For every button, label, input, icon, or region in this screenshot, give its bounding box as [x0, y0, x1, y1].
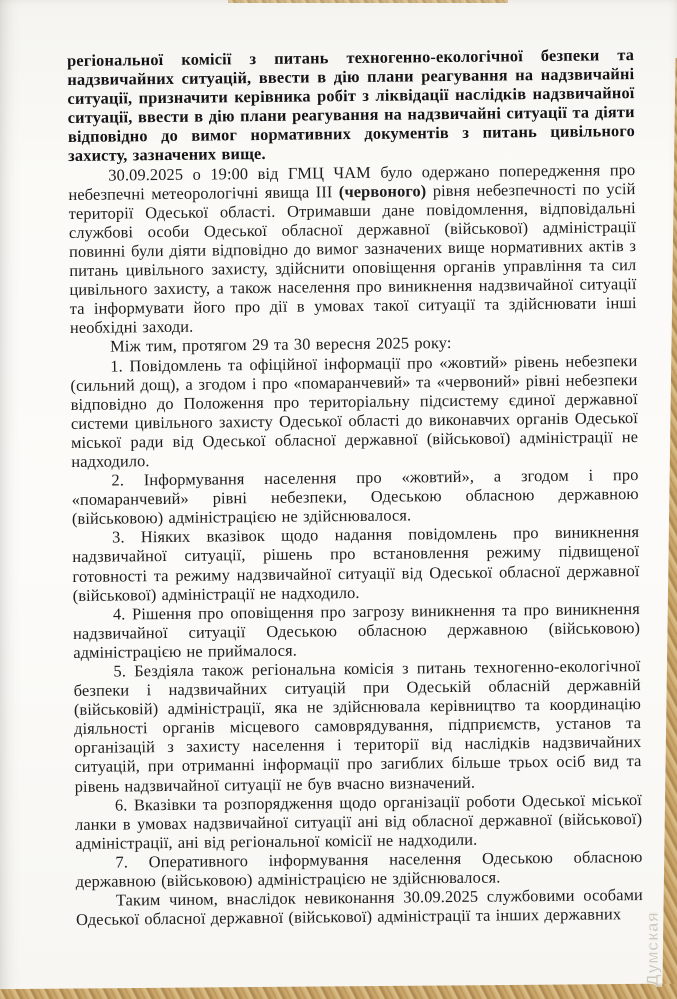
- list-item-6: 6. Вказівки та розпорядження щодо органі…: [75, 790, 643, 853]
- warning-red-level-bold: (червоного): [339, 181, 427, 201]
- paragraph-weather-warning: 30.09.2025 о 19:00 від ГМЦ ЧАМ було одер…: [68, 160, 637, 338]
- list-item-7: 7. Оперативного інформування населення О…: [75, 847, 642, 891]
- list-item-5: 5. Бездіяла також регіональна комісія з …: [73, 656, 641, 796]
- document-page: регіональної комісії з питань техногенно…: [0, 0, 677, 999]
- warning-text-post: рівня небезпечності по усій території Од…: [69, 179, 637, 338]
- table-surface-top-sliver: [228, 0, 508, 3]
- list-item-3: 3. Ніяких вказівок щодо надання повідомл…: [72, 522, 640, 604]
- photo-background: регіональної комісії з питань техногенно…: [0, 0, 677, 999]
- dumskaya-watermark: Думская: [643, 905, 665, 993]
- list-item-1: 1. Повідомлень та офіційної інформації п…: [70, 351, 638, 471]
- list-item-4: 4. Рішення про оповіщення про загрозу ви…: [73, 599, 641, 662]
- paragraph-resolution-requirements: регіональної комісії з питань техногенно…: [67, 45, 635, 165]
- document-text: регіональної комісії з питань техногенно…: [67, 45, 643, 929]
- list-item-2: 2. Інформування населення про «жовтий», …: [71, 465, 639, 528]
- paragraph-conclusion: Таким чином, внаслідок невиконання 30.09…: [76, 885, 643, 929]
